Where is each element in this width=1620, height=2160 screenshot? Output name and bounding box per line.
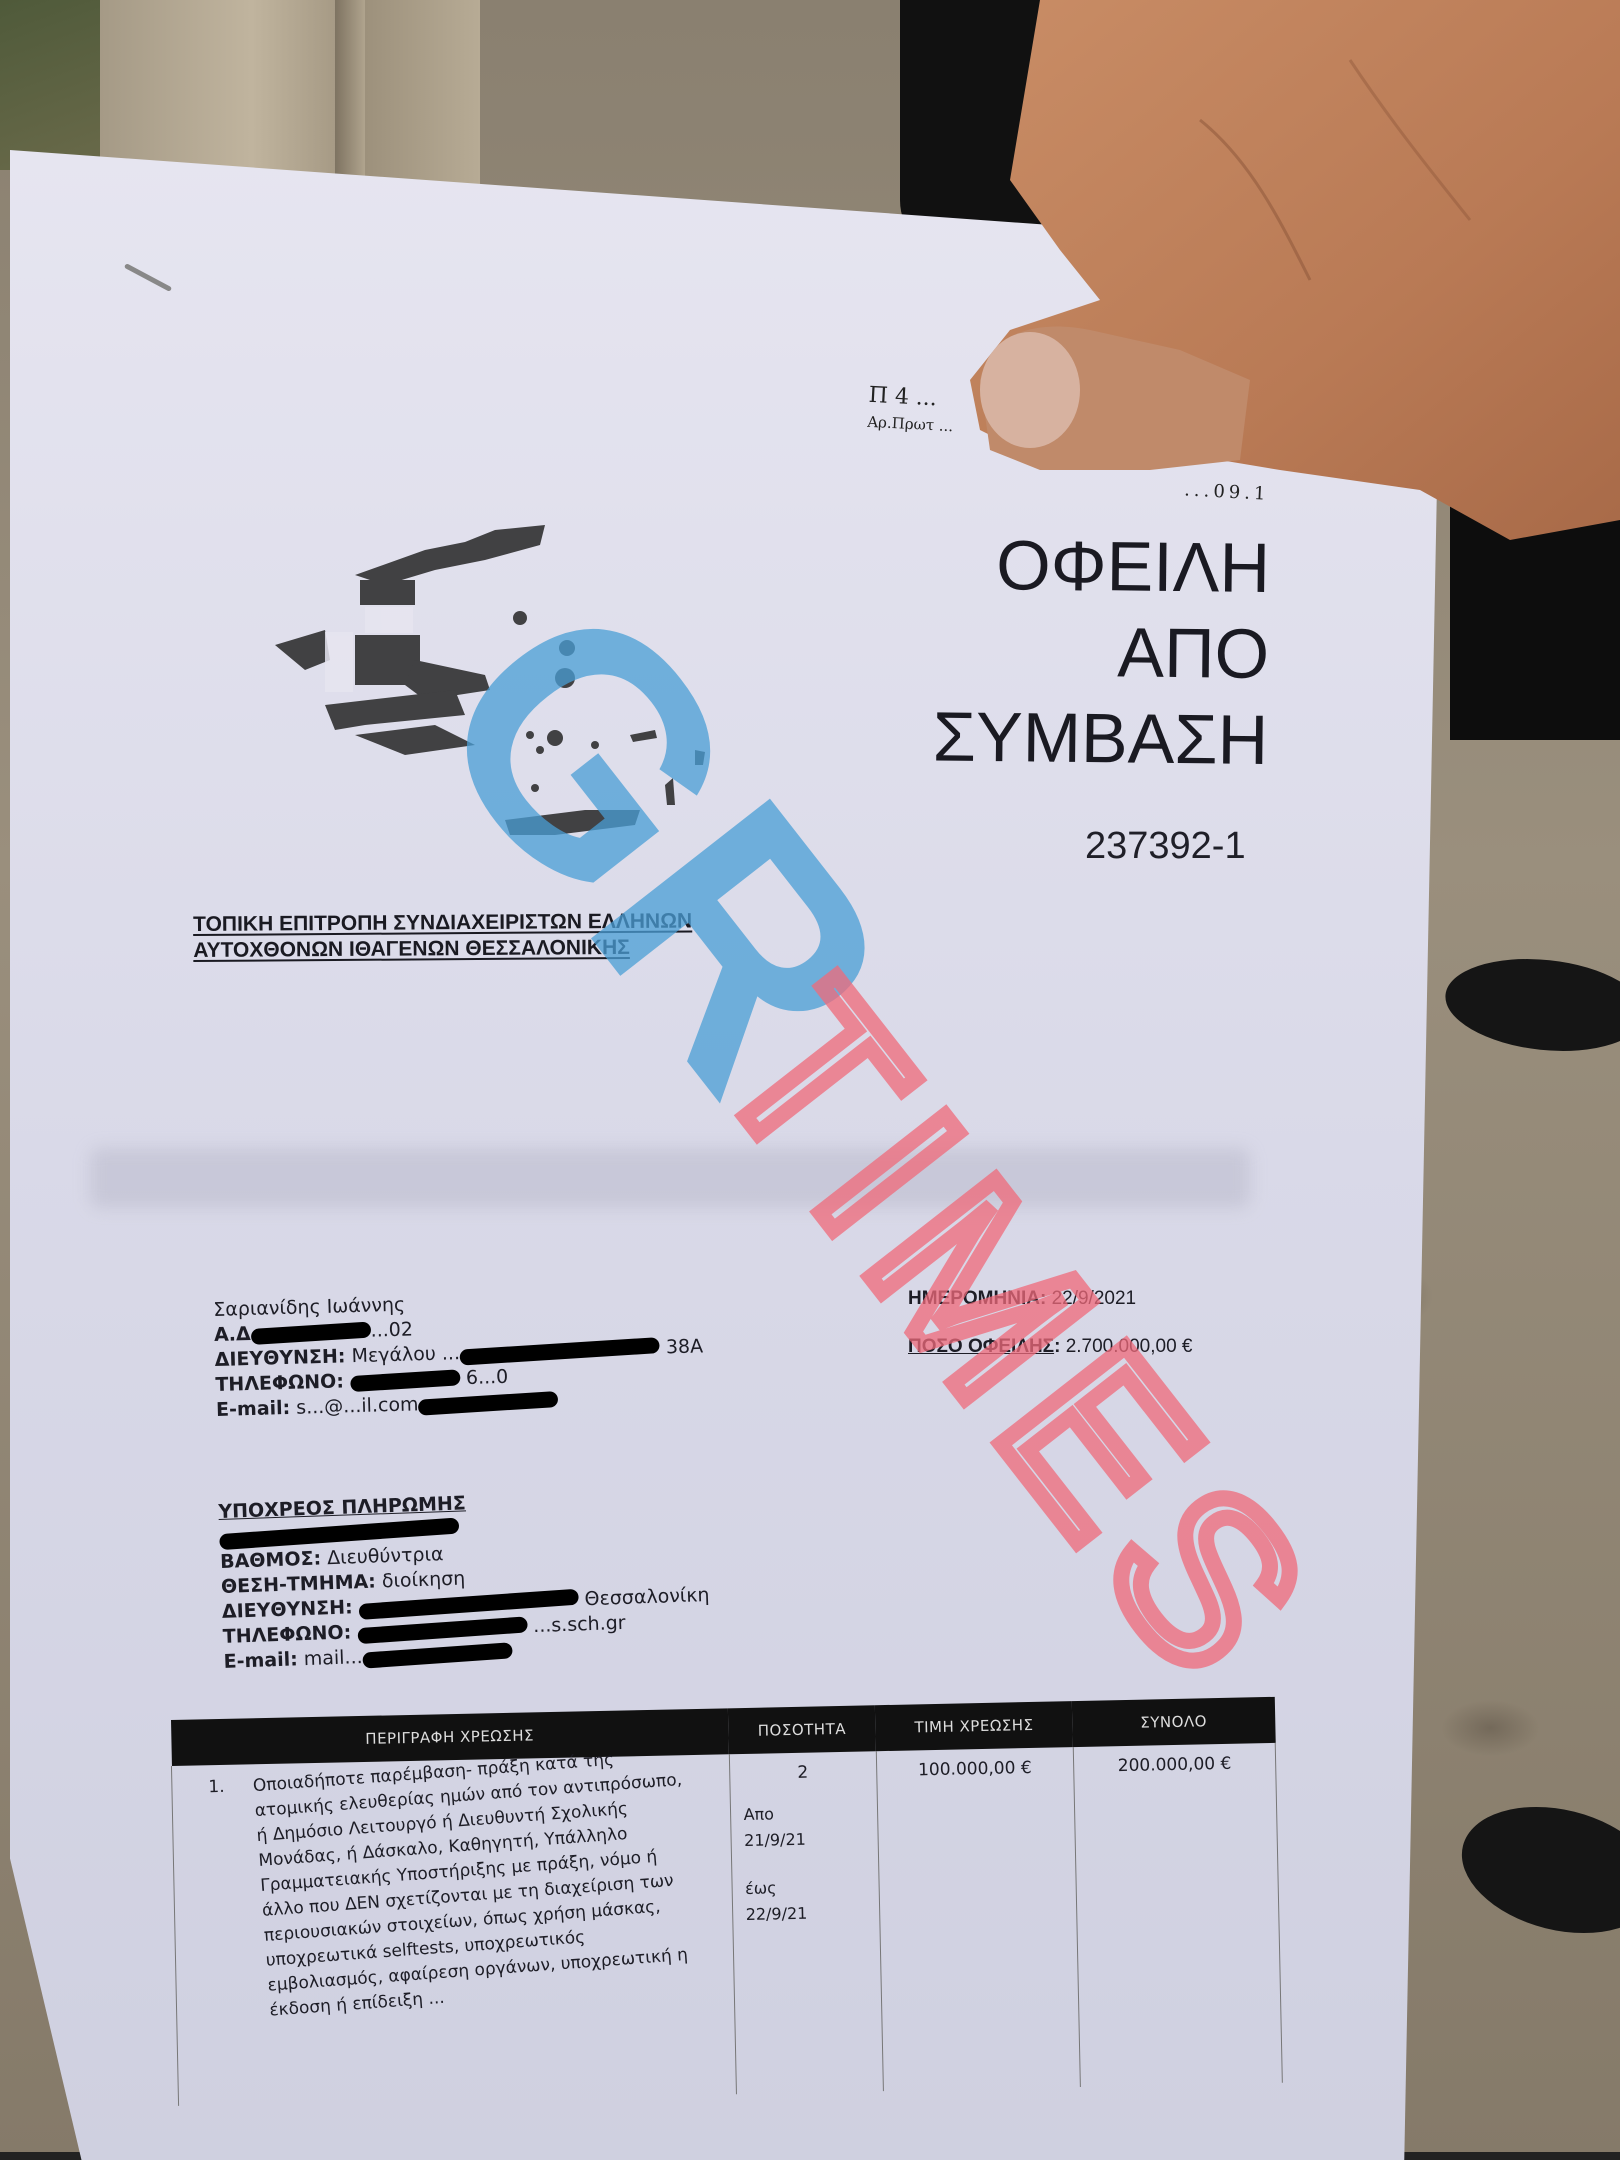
item-number: 1. [180, 1774, 253, 1801]
protocol-stamp: Π 4 ... Αρ.Πρωτ ... ...09.1 [867, 383, 956, 439]
title-line-1: ΟΦΕΙΛΗ [934, 521, 1270, 611]
cell-description: 1.Οποιαδήποτε παρέμβαση- πράξη κατά της … [171, 1754, 735, 2106]
debtor-address-label: ΔΙΕΥΘΥΝΣΗ: [222, 1596, 354, 1623]
debtor-phone-label: ΤΗΛΕΦΩΝΟ: [222, 1621, 351, 1647]
creditor-address-label: ΔΙΕΥΘΥΝΣΗ: [214, 1345, 345, 1371]
cell-total: 200.000,00 € [1073, 1743, 1282, 2087]
table-row: 1.Οποιαδήποτε παρέμβαση- πράξη κατά της … [171, 1743, 1282, 2106]
debtor-phone-tail: ...s.sch.gr [533, 1612, 626, 1637]
charges-table-wrap: ΠΕΡΙΓΡΑΦΗ ΧΡΕΩΣΗΣ ΠΟΣΟΤΗΤΑ ΤΙΜΗ ΧΡΕΩΣΗΣ … [170, 1697, 1283, 2106]
period-to: 22/9/21 [745, 1899, 871, 1928]
redaction-mark [460, 1337, 661, 1366]
document: Π 4 ... Αρ.Πρωτ ... ...09.1 ΟΦΕΙΛΗ ΑΠΟ Σ… [0, 0, 1620, 2160]
organization-line-2: ΑΥΤΟΧΘΟΝΩΝ ΙΘΑΓΕΝΩΝ ΘΕΣΣΑΛΟΝΙΚΗΣ [193, 935, 692, 964]
cell-unit-price: 100.000,00 € [876, 1747, 1080, 2091]
debtor-rank-label: ΒΑΘΜΟΣ: [220, 1547, 322, 1573]
item-quantity: 2 [738, 1761, 869, 1784]
title-line-2: ΑΠΟ [933, 607, 1269, 697]
organization-line-1: ΤΟΠΙΚΗ ΕΠΙΤΡΟΠΗ ΣΥΝΔΙΑΧΕΙΡΙΣΤΩΝ ΕΛΛΗΝΩΝ [193, 909, 692, 938]
redaction-mark [350, 1369, 461, 1392]
creditor-id-value: ...02 [370, 1318, 413, 1341]
creditor-address-value: Μεγάλου ... [351, 1342, 460, 1367]
reference-number: 237392-1 [1085, 825, 1246, 868]
cell-quantity: 2 Απο 21/9/21 έως 22/9/21 [729, 1751, 883, 2094]
period-to-label: έως [745, 1873, 871, 1902]
organization-header: ΤΟΠΙΚΗ ΕΠΙΤΡΟΠΗ ΣΥΝΔΙΑΧΕΙΡΙΣΤΩΝ ΕΛΛΗΝΩΝ … [193, 909, 692, 964]
amount-value: 2.700.000,00 € [1066, 1336, 1193, 1357]
invoice-meta: ΗΜΕΡΟΜΗΝΙΑ: 22/9/2021 ΠΟΣΟ ΟΦΕΙΛΗΣ: 2.70… [908, 1275, 1193, 1371]
debtor-position-label: ΘΕΣΗ-ΤΜΗΜΑ: [221, 1571, 377, 1598]
blurred-text-line [90, 1148, 1250, 1208]
creditor-phone-label: ΤΗΛΕΦΩΝΟ: [215, 1370, 344, 1396]
document-title: ΟΦΕΙΛΗ ΑΠΟ ΣΥΜΒΑΣΗ [932, 521, 1270, 782]
item-period: Απο 21/9/21 έως 22/9/21 [738, 1799, 871, 1928]
item-description: Οποιαδήποτε παρέμβαση- πράξη κατά της ατ… [252, 1742, 709, 2024]
creditor-id-label: Α.Δ [214, 1323, 251, 1346]
redaction-mark [362, 1642, 513, 1668]
stamp-line-3: ...09.1 [1184, 477, 1270, 507]
debtor-rank-value: Διευθύντρια [327, 1543, 444, 1569]
creditor-phone-value: 6...0 [466, 1366, 509, 1389]
debtor-block: ΥΠΟΧΡΕΟΣ ΠΛΗΡΩΜΗΣ ΒΑΘΜΟΣ: Διευθύντρια ΘΕ… [218, 1483, 712, 1675]
column-header-quantity: ΠΟΣΟΤΗΤΑ [728, 1705, 876, 1754]
greek-flag-map-icon [255, 520, 715, 850]
redaction-mark [418, 1390, 559, 1415]
stamp-line-2: Αρ.Πρωτ ... [867, 409, 954, 439]
charges-table: ΠΕΡΙΓΡΑΦΗ ΧΡΕΩΣΗΣ ΠΟΣΟΤΗΤΑ ΤΙΜΗ ΧΡΕΩΣΗΣ … [170, 1697, 1283, 2106]
debtor-email-value: mail... [303, 1646, 363, 1670]
debtor-position-value: διοίκηση [381, 1567, 465, 1592]
amount-row: ΠΟΣΟ ΟΦΕΙΛΗΣ: 2.700.000,00 € [908, 1323, 1193, 1371]
period-from: 21/9/21 [744, 1825, 870, 1854]
debtor-address-tail: Θεσσαλονίκη [584, 1584, 710, 1610]
date-label: ΗΜΕΡΟΜΗΝΙΑ [908, 1288, 1040, 1309]
amount-label: ΠΟΣΟ ΟΦΕΙΛΗΣ [908, 1336, 1054, 1357]
period-from-label: Απο [743, 1799, 869, 1828]
creditor-address-tail: 38Α [666, 1335, 704, 1358]
title-line-3: ΣΥΜΒΑΣΗ [932, 693, 1268, 783]
column-header-unit-price: ΤΙΜΗ ΧΡΕΩΣΗΣ [875, 1701, 1073, 1751]
date-value: 22/9/2021 [1052, 1288, 1137, 1309]
creditor-email-label: E-mail: [216, 1397, 291, 1421]
creditor-email-value: s...@...il.com [296, 1393, 419, 1418]
column-header-total: ΣΥΝΟΛΟ [1072, 1697, 1275, 1747]
creditor-block: Σαριανίδης Ιωάννης Α.Δ...02 ΔΙΕΥΘΥΝΣΗ: Μ… [213, 1284, 705, 1423]
date-row: ΗΜΕΡΟΜΗΝΙΑ: 22/9/2021 [908, 1275, 1193, 1323]
redaction-mark [250, 1321, 371, 1345]
debtor-email-label: E-mail: [223, 1648, 298, 1673]
